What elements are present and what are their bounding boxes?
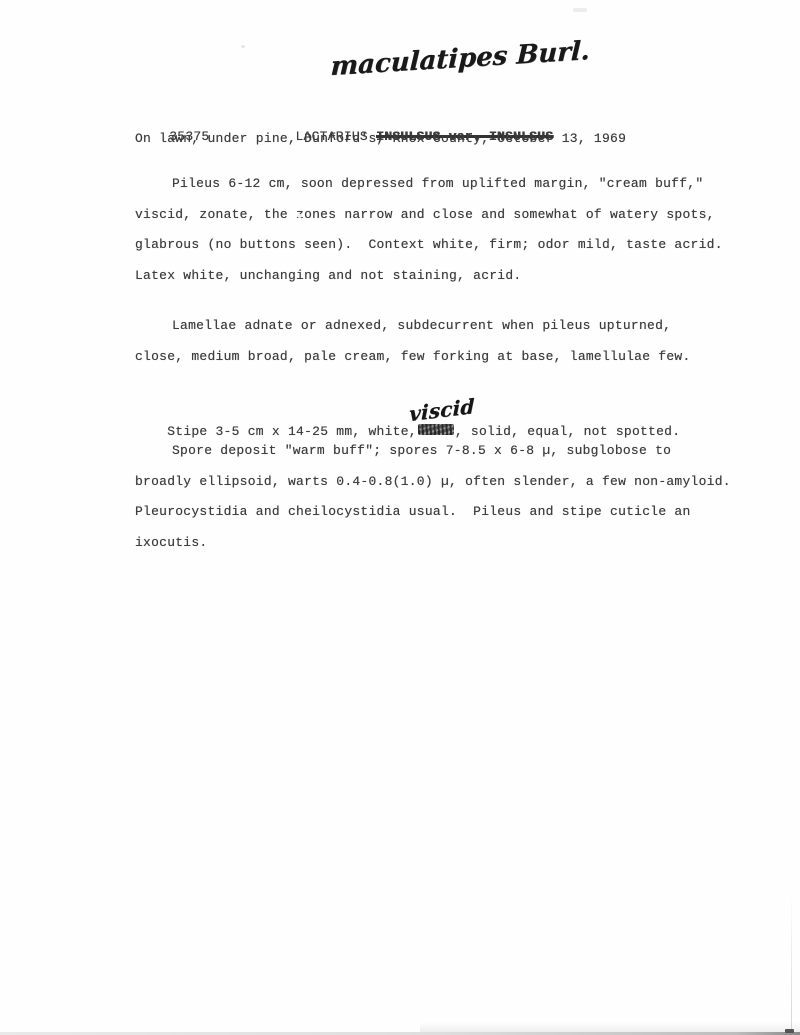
typed-text-line: Latex white, unchanging and not staining… (135, 261, 723, 292)
typed-text-line: Pleurocystidia and cheilocystidia usual.… (135, 497, 731, 528)
typed-text-line: viscid, zonate, the zones narrow and clo… (135, 200, 723, 231)
scan-bottom-shading (420, 1022, 800, 1032)
scan-speck (297, 214, 302, 218)
scan-right-edge (791, 892, 792, 1032)
scan-speck (241, 45, 245, 48)
collection-info-line: On lawn, under pine, Dunford's, Knox Cou… (135, 124, 626, 155)
handwritten-species-annotation: maculatipes Burl. (330, 36, 590, 82)
scan-corner-mark (785, 1029, 794, 1033)
typed-text-line: Spore deposit "warm buff"; spores 7-8.5 … (135, 436, 731, 467)
pileus-description-paragraph: Pileus 6-12 cm, soon depressed from upli… (135, 169, 723, 291)
scan-speck (573, 8, 587, 12)
typed-text-line: Lamellae adnate or adnexed, subdecurrent… (135, 311, 691, 342)
typed-text-line: ixocutis. (135, 528, 731, 559)
typed-text-line: broadly ellipsoid, warts 0.4-0.8(1.0) µ,… (135, 467, 731, 498)
typed-text-line: close, medium broad, pale cream, few for… (135, 342, 691, 373)
lamellae-description-paragraph: Lamellae adnate or adnexed, subdecurrent… (135, 311, 691, 372)
typed-text-line: Pileus 6-12 cm, soon depressed from upli… (135, 169, 723, 200)
typed-text-line: glabrous (no buttons seen). Context whit… (135, 230, 723, 261)
scanned-specimen-document: maculatipes Burl. 35375LACTARIUS INSULSU… (0, 0, 800, 1035)
spore-description-paragraph: Spore deposit "warm buff"; spores 7-8.5 … (135, 436, 731, 558)
